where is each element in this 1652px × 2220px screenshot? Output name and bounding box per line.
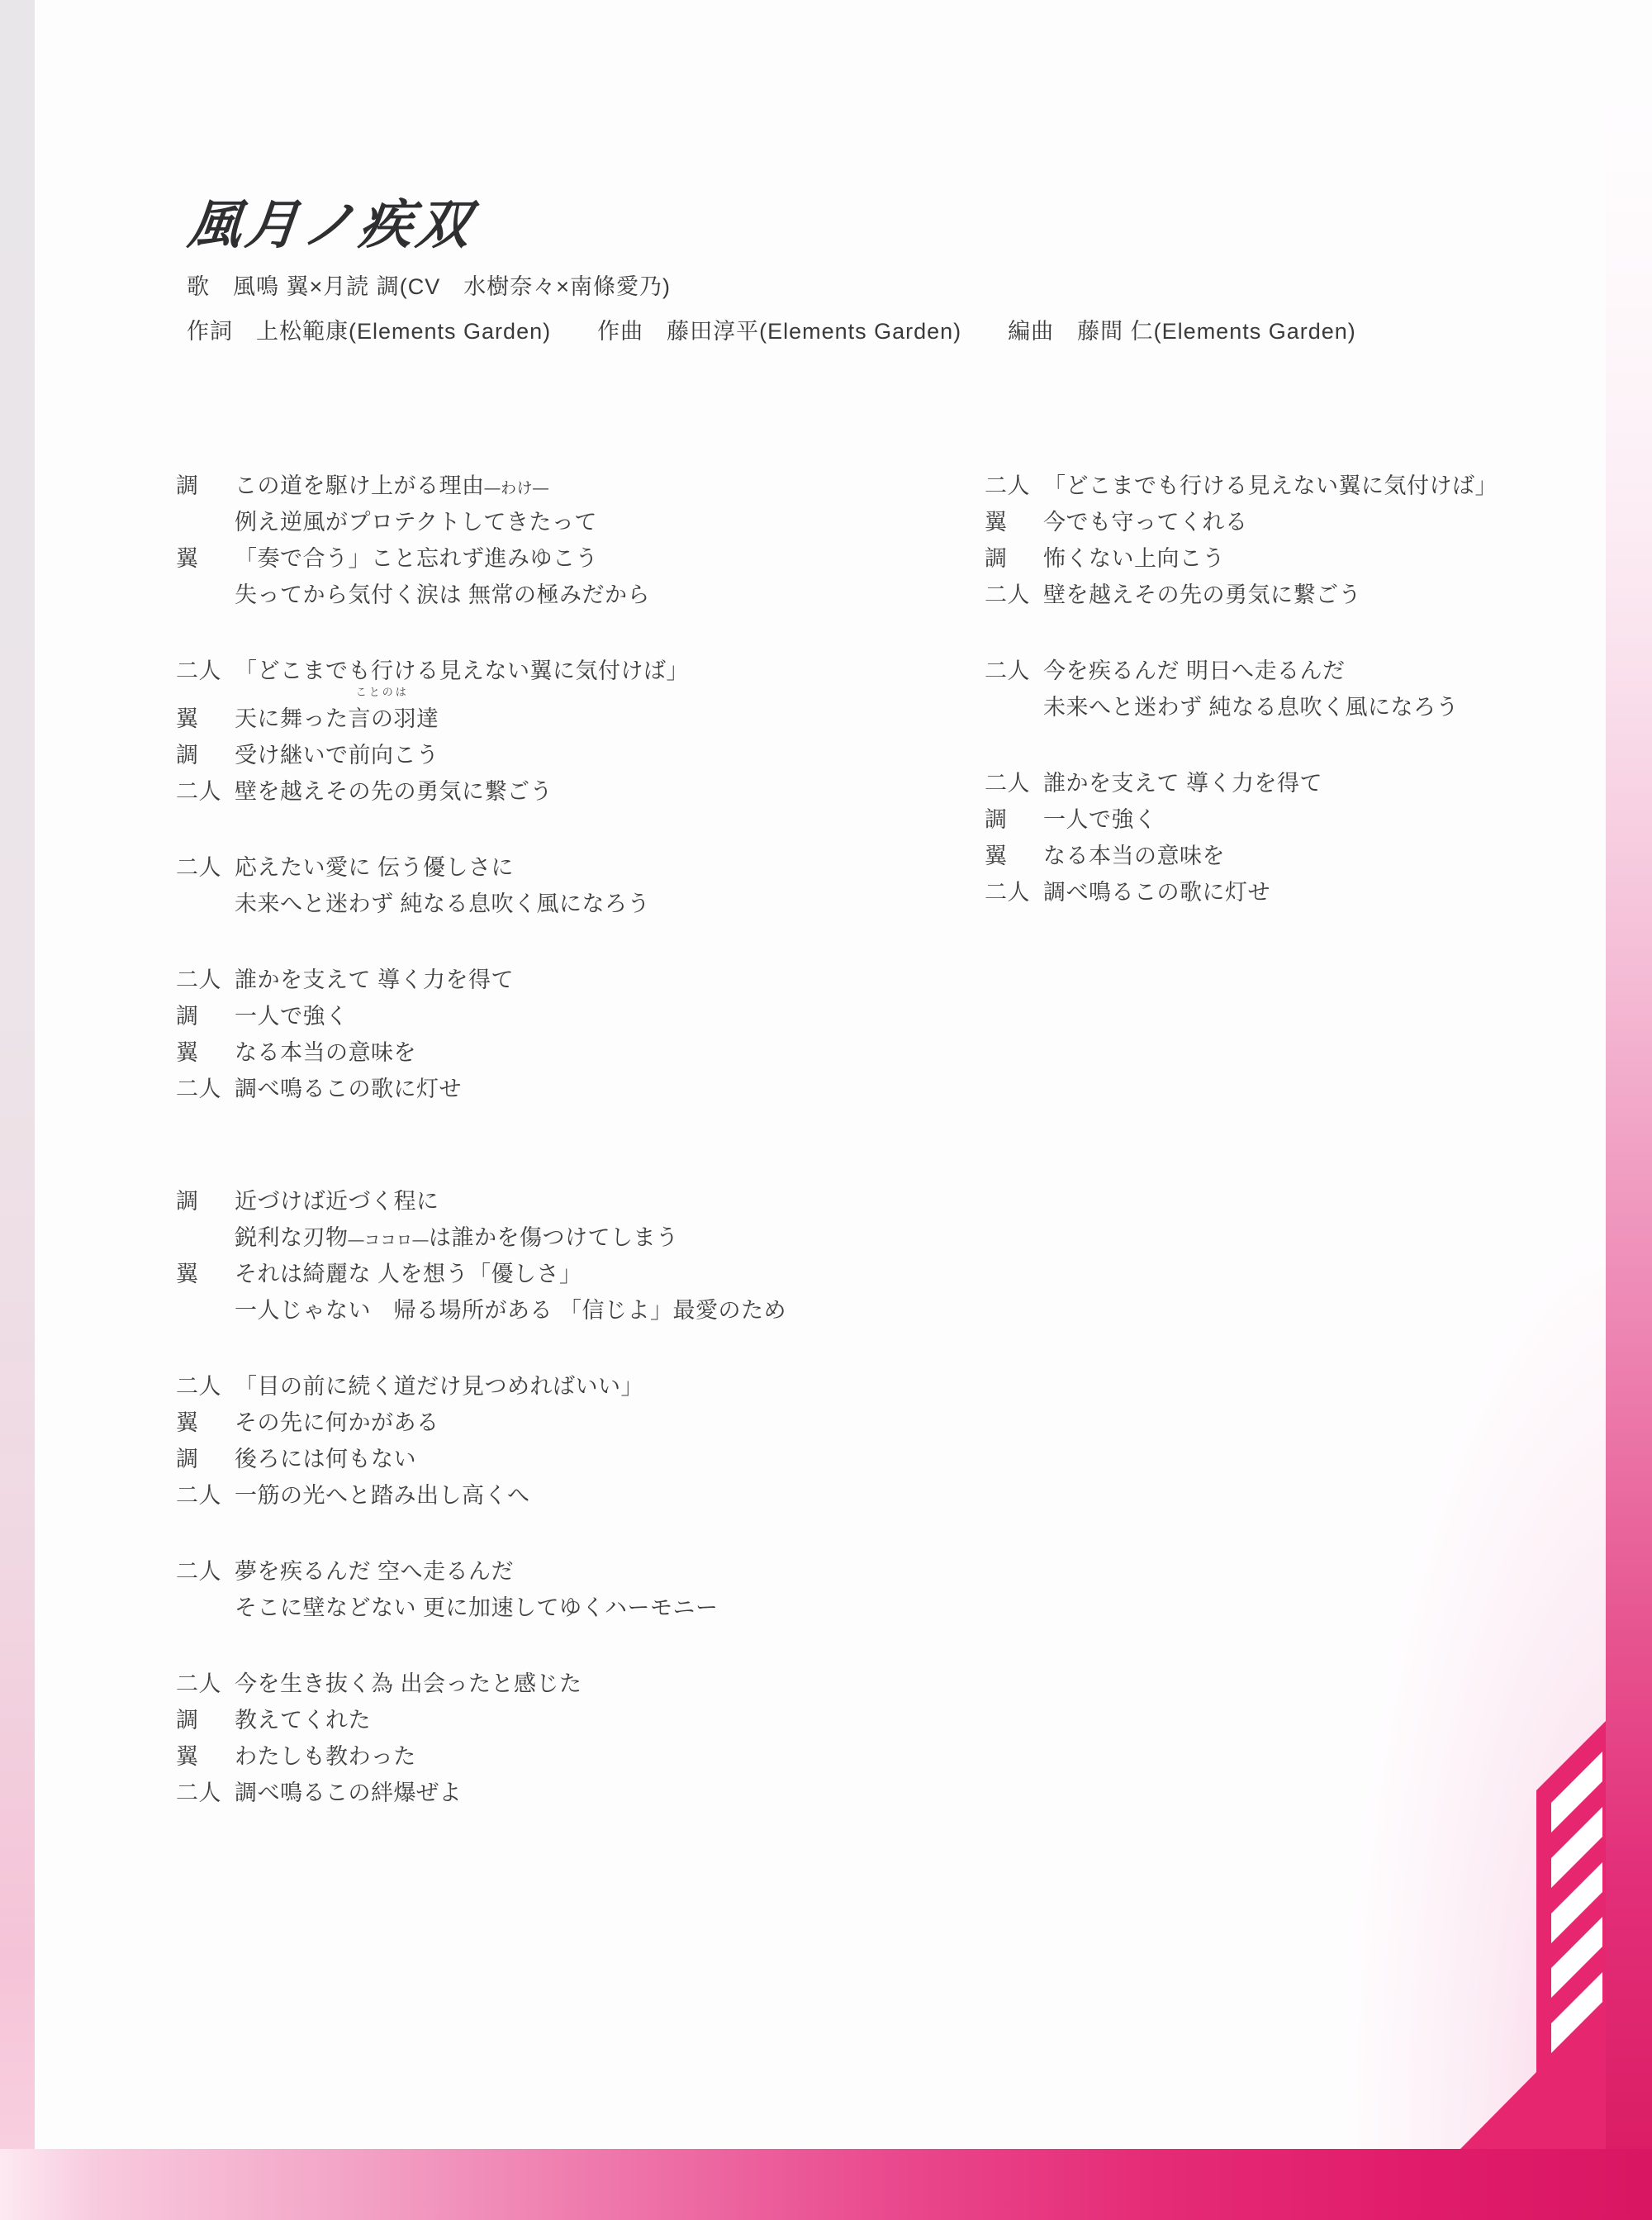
lyric-text: この道を駆け上がる理由―わけ― <box>235 468 952 507</box>
lyric-text: 今を生き抜く為 出会ったと感じた <box>235 1666 952 1702</box>
lyric-line: 例え逆風がプロテクトしてきたって <box>176 504 952 540</box>
bottom-band <box>0 2149 1652 2220</box>
lyric-text: なる本当の意味を <box>1043 838 1645 874</box>
lyric-line: 鋭利な刃物―ココロ―は誰かを傷つけてしまう <box>176 1219 952 1256</box>
lyric-text: わたしも教わった <box>235 1738 952 1775</box>
song-title: 風月ノ疾双 <box>185 183 478 259</box>
lyric-line: 二人一筋の光へと踏み出し高くへ <box>176 1477 952 1514</box>
lyric-line: 失ってから気付く涙は 無常の極みだから <box>176 577 952 613</box>
singer-label: 二人 <box>176 1368 221 1405</box>
singer-label: 翼 <box>176 1256 199 1292</box>
lyric-block: 二人「どこまでも行ける見えない翼に気付けば」翼今でも守ってくれる調怖くない上向こ… <box>985 468 1645 613</box>
lyric-text: 「どこまでも行ける見えない翼に気付けば」 <box>1043 468 1645 504</box>
lyric-line: 調近づけば近づく程に <box>176 1183 952 1219</box>
singer-label: 二人 <box>176 1666 221 1702</box>
lyric-line: 二人誰かを支えて 導く力を得て <box>985 765 1645 801</box>
singer-label: 調 <box>176 998 199 1034</box>
singer-label: 調 <box>176 1702 199 1738</box>
lyric-line: 翼今でも守ってくれる <box>985 504 1645 540</box>
lyric-block: 二人今を疾るんだ 明日へ走るんだ未来へと迷わず 純なる息吹く風になろう <box>985 653 1645 725</box>
right-edge-gradient-strip <box>1606 0 1652 2220</box>
lyric-text: 一人じゃない 帰る場所がある 「信じよ」最愛のため <box>235 1292 952 1329</box>
lyric-text: 一人で強く <box>1043 801 1645 838</box>
lyrics-column-left: 調この道を駆け上がる理由―わけ―例え逆風がプロテクトしてきたって翼「奏で合う」こ… <box>176 468 952 1851</box>
singer-label: 翼 <box>985 504 1008 540</box>
lyric-text: 後ろには何もない <box>235 1441 952 1477</box>
singer-label: 二人 <box>176 1553 221 1590</box>
singer-label: 翼 <box>176 1034 199 1071</box>
lyric-line: 二人調べ鳴るこの歌に灯せ <box>985 874 1645 910</box>
lyric-line: 調受け継いで前向こう <box>176 737 952 773</box>
vocal-credit: 歌 風鳴 翼×月読 調(CV 水樹奈々×南條愛乃) <box>187 264 1356 309</box>
lyric-line: 二人夢を疾るんだ 空へ走るんだ <box>176 1553 952 1590</box>
lyric-block: 二人誰かを支えて 導く力を得て調一人で強く翼なる本当の意味を二人調べ鳴るこの歌に… <box>985 765 1645 910</box>
lyric-line: 二人壁を越えその先の勇気に繋ごう <box>985 577 1645 613</box>
singer-label: 調 <box>985 801 1008 838</box>
singer-label: 調 <box>176 468 199 504</box>
lyric-line: 翼なる本当の意味を <box>985 838 1645 874</box>
lyrics-column-right: 二人「どこまでも行ける見えない翼に気付けば」翼今でも守ってくれる調怖くない上向こ… <box>985 468 1645 950</box>
lyric-block: 二人「どこまでも行ける見えない翼に気付けば」翼天に舞った言の羽ことのは達調受け継… <box>176 653 952 810</box>
singer-label: 翼 <box>985 838 1008 874</box>
lyric-line: 未来へと迷わず 純なる息吹く風になろう <box>985 689 1645 725</box>
lyric-block: 調この道を駆け上がる理由―わけ―例え逆風がプロテクトしてきたって翼「奏で合う」こ… <box>176 468 952 613</box>
lyric-line: 二人調べ鳴るこの絆爆ぜよ <box>176 1775 952 1811</box>
lyric-line: 調この道を駆け上がる理由―わけ― <box>176 468 952 504</box>
lyric-line: 翼わたしも教わった <box>176 1738 952 1775</box>
lyric-line: 翼天に舞った言の羽ことのは達 <box>176 701 952 737</box>
lyrics-booklet-page: 風月ノ疾双 歌 風鳴 翼×月読 調(CV 水樹奈々×南條愛乃) 作詞 上松範康(… <box>0 0 1652 2220</box>
singer-label: 二人 <box>176 653 221 689</box>
singer-label: 二人 <box>985 577 1030 613</box>
lyric-text: そこに壁などない 更に加速してゆくハーモニー <box>235 1590 952 1626</box>
lyric-line: 調怖くない上向こう <box>985 540 1645 577</box>
singer-label: 二人 <box>176 962 221 998</box>
lyric-line: 二人「どこまでも行ける見えない翼に気付けば」 <box>985 468 1645 504</box>
lyric-text: 未来へと迷わず 純なる息吹く風になろう <box>235 886 952 922</box>
lyric-line: 翼その先に何かがある <box>176 1405 952 1441</box>
singer-label: 調 <box>176 1183 199 1219</box>
lyric-text: 受け継いで前向こう <box>235 737 952 773</box>
lyric-line: 二人今を生き抜く為 出会ったと感じた <box>176 1666 952 1702</box>
lyric-text: 例え逆風がプロテクトしてきたって <box>235 504 952 540</box>
singer-label: 二人 <box>176 1477 221 1514</box>
lyric-text: なる本当の意味を <box>235 1034 952 1071</box>
singer-label: 調 <box>176 1441 199 1477</box>
reading-annotation: ―わけ― <box>485 480 549 497</box>
lyric-text: 今を疾るんだ 明日へ走るんだ <box>1043 653 1645 689</box>
singer-label: 調 <box>985 540 1008 577</box>
singer-label: 調 <box>176 737 199 773</box>
lyric-text: 誰かを支えて 導く力を得て <box>1043 765 1645 801</box>
lyric-text: 誰かを支えて 導く力を得て <box>235 962 952 998</box>
lyric-line: 二人「どこまでも行ける見えない翼に気付けば」 <box>176 653 952 689</box>
singer-label: 二人 <box>176 849 221 886</box>
singer-label: 翼 <box>176 540 199 577</box>
singer-label: 二人 <box>985 468 1030 504</box>
lyric-line: 二人応えたい愛に 伝う優しさに <box>176 849 952 886</box>
lyric-text: 応えたい愛に 伝う優しさに <box>235 849 952 886</box>
singer-label: 二人 <box>985 765 1030 801</box>
lyric-line: 翼なる本当の意味を <box>176 1034 952 1071</box>
lyric-line: 二人調べ鳴るこの歌に灯せ <box>176 1071 952 1107</box>
singer-label: 翼 <box>176 1405 199 1441</box>
singer-label: 二人 <box>176 1775 221 1811</box>
lyric-text: 調べ鳴るこの歌に灯せ <box>1043 874 1645 910</box>
lyric-text: 壁を越えその先の勇気に繋ごう <box>235 773 952 810</box>
lyric-text: 怖くない上向こう <box>1043 540 1645 577</box>
lyric-line: 二人今を疾るんだ 明日へ走るんだ <box>985 653 1645 689</box>
lyric-line: 二人壁を越えその先の勇気に繋ごう <box>176 773 952 810</box>
lyric-block: 二人応えたい愛に 伝う優しさに未来へと迷わず 純なる息吹く風になろう <box>176 849 952 922</box>
lyric-text: 一筋の光へと踏み出し高くへ <box>235 1477 952 1514</box>
lyric-block: 二人「目の前に続く道だけ見つめればいい」翼その先に何かがある調後ろには何もない二… <box>176 1368 952 1514</box>
lyric-text: 夢を疾るんだ 空へ走るんだ <box>235 1553 952 1590</box>
lyric-text: 天に舞った言の羽ことのは達 <box>235 701 952 737</box>
lyric-line: 調後ろには何もない <box>176 1441 952 1477</box>
singer-label: 二人 <box>985 653 1030 689</box>
lyric-text: 「奏で合う」こと忘れず進みゆこう <box>235 540 952 577</box>
lyric-text: 壁を越えその先の勇気に繋ごう <box>1043 577 1645 613</box>
lyric-block: 二人夢を疾るんだ 空へ走るんだそこに壁などない 更に加速してゆくハーモニー <box>176 1553 952 1626</box>
lyric-text: 「目の前に続く道だけ見つめればいい」 <box>235 1368 952 1405</box>
lyric-line: 翼「奏で合う」こと忘れず進みゆこう <box>176 540 952 577</box>
lyric-block: 調近づけば近づく程に鋭利な刃物―ココロ―は誰かを傷つけてしまう翼それは綺麗な 人… <box>176 1183 952 1329</box>
singer-label: 二人 <box>985 874 1030 910</box>
lyric-block: 二人今を生き抜く為 出会ったと感じた調教えてくれた翼わたしも教わった二人調べ鳴る… <box>176 1666 952 1811</box>
reading-annotation: ―ココロ― <box>349 1232 430 1249</box>
singer-label: 翼 <box>176 701 199 737</box>
singer-label: 二人 <box>176 1071 221 1107</box>
ruby-furigana: ことのは <box>356 687 409 697</box>
lyric-line: 未来へと迷わず 純なる息吹く風になろう <box>176 886 952 922</box>
staff-credit: 作詞 上松範康(Elements Garden) 作曲 藤田淳平(Element… <box>187 309 1356 354</box>
lyric-text: 今でも守ってくれる <box>1043 504 1645 540</box>
lyric-text: その先に何かがある <box>235 1405 952 1441</box>
ruby-base: 言の羽ことのは <box>349 701 417 737</box>
lyric-line: 調一人で強く <box>985 801 1645 838</box>
lyric-text: 教えてくれた <box>235 1702 952 1738</box>
lyric-line: 二人誰かを支えて 導く力を得て <box>176 962 952 998</box>
lyric-text: 近づけば近づく程に <box>235 1183 952 1219</box>
lyric-text: 失ってから気付く涙は 無常の極みだから <box>235 577 952 613</box>
lyric-line: 調教えてくれた <box>176 1702 952 1738</box>
lyric-line: 翼それは綺麗な 人を想う「優しさ」 <box>176 1256 952 1292</box>
lyric-text: 未来へと迷わず 純なる息吹く風になろう <box>1043 689 1645 725</box>
lyric-line: そこに壁などない 更に加速してゆくハーモニー <box>176 1590 952 1626</box>
lyric-text: 調べ鳴るこの歌に灯せ <box>235 1071 952 1107</box>
lyric-text: 「どこまでも行ける見えない翼に気付けば」 <box>235 653 952 689</box>
lyric-text: 鋭利な刃物―ココロ―は誰かを傷つけてしまう <box>235 1219 952 1259</box>
left-edge-gradient-strip <box>0 0 35 2220</box>
lyric-line: 二人「目の前に続く道だけ見つめればいい」 <box>176 1368 952 1405</box>
lyric-line: 一人じゃない 帰る場所がある 「信じよ」最愛のため <box>176 1292 952 1329</box>
singer-label: 翼 <box>176 1738 199 1775</box>
lyric-text: それは綺麗な 人を想う「優しさ」 <box>235 1256 952 1292</box>
lyric-block: 二人誰かを支えて 導く力を得て調一人で強く翼なる本当の意味を二人調べ鳴るこの歌に… <box>176 962 952 1107</box>
lyric-line: 調一人で強く <box>176 998 952 1034</box>
lyric-text: 調べ鳴るこの絆爆ぜよ <box>235 1775 952 1811</box>
singer-label: 二人 <box>176 773 221 810</box>
lyric-text: 一人で強く <box>235 998 952 1034</box>
song-credits: 歌 風鳴 翼×月読 調(CV 水樹奈々×南條愛乃) 作詞 上松範康(Elemen… <box>187 264 1356 354</box>
